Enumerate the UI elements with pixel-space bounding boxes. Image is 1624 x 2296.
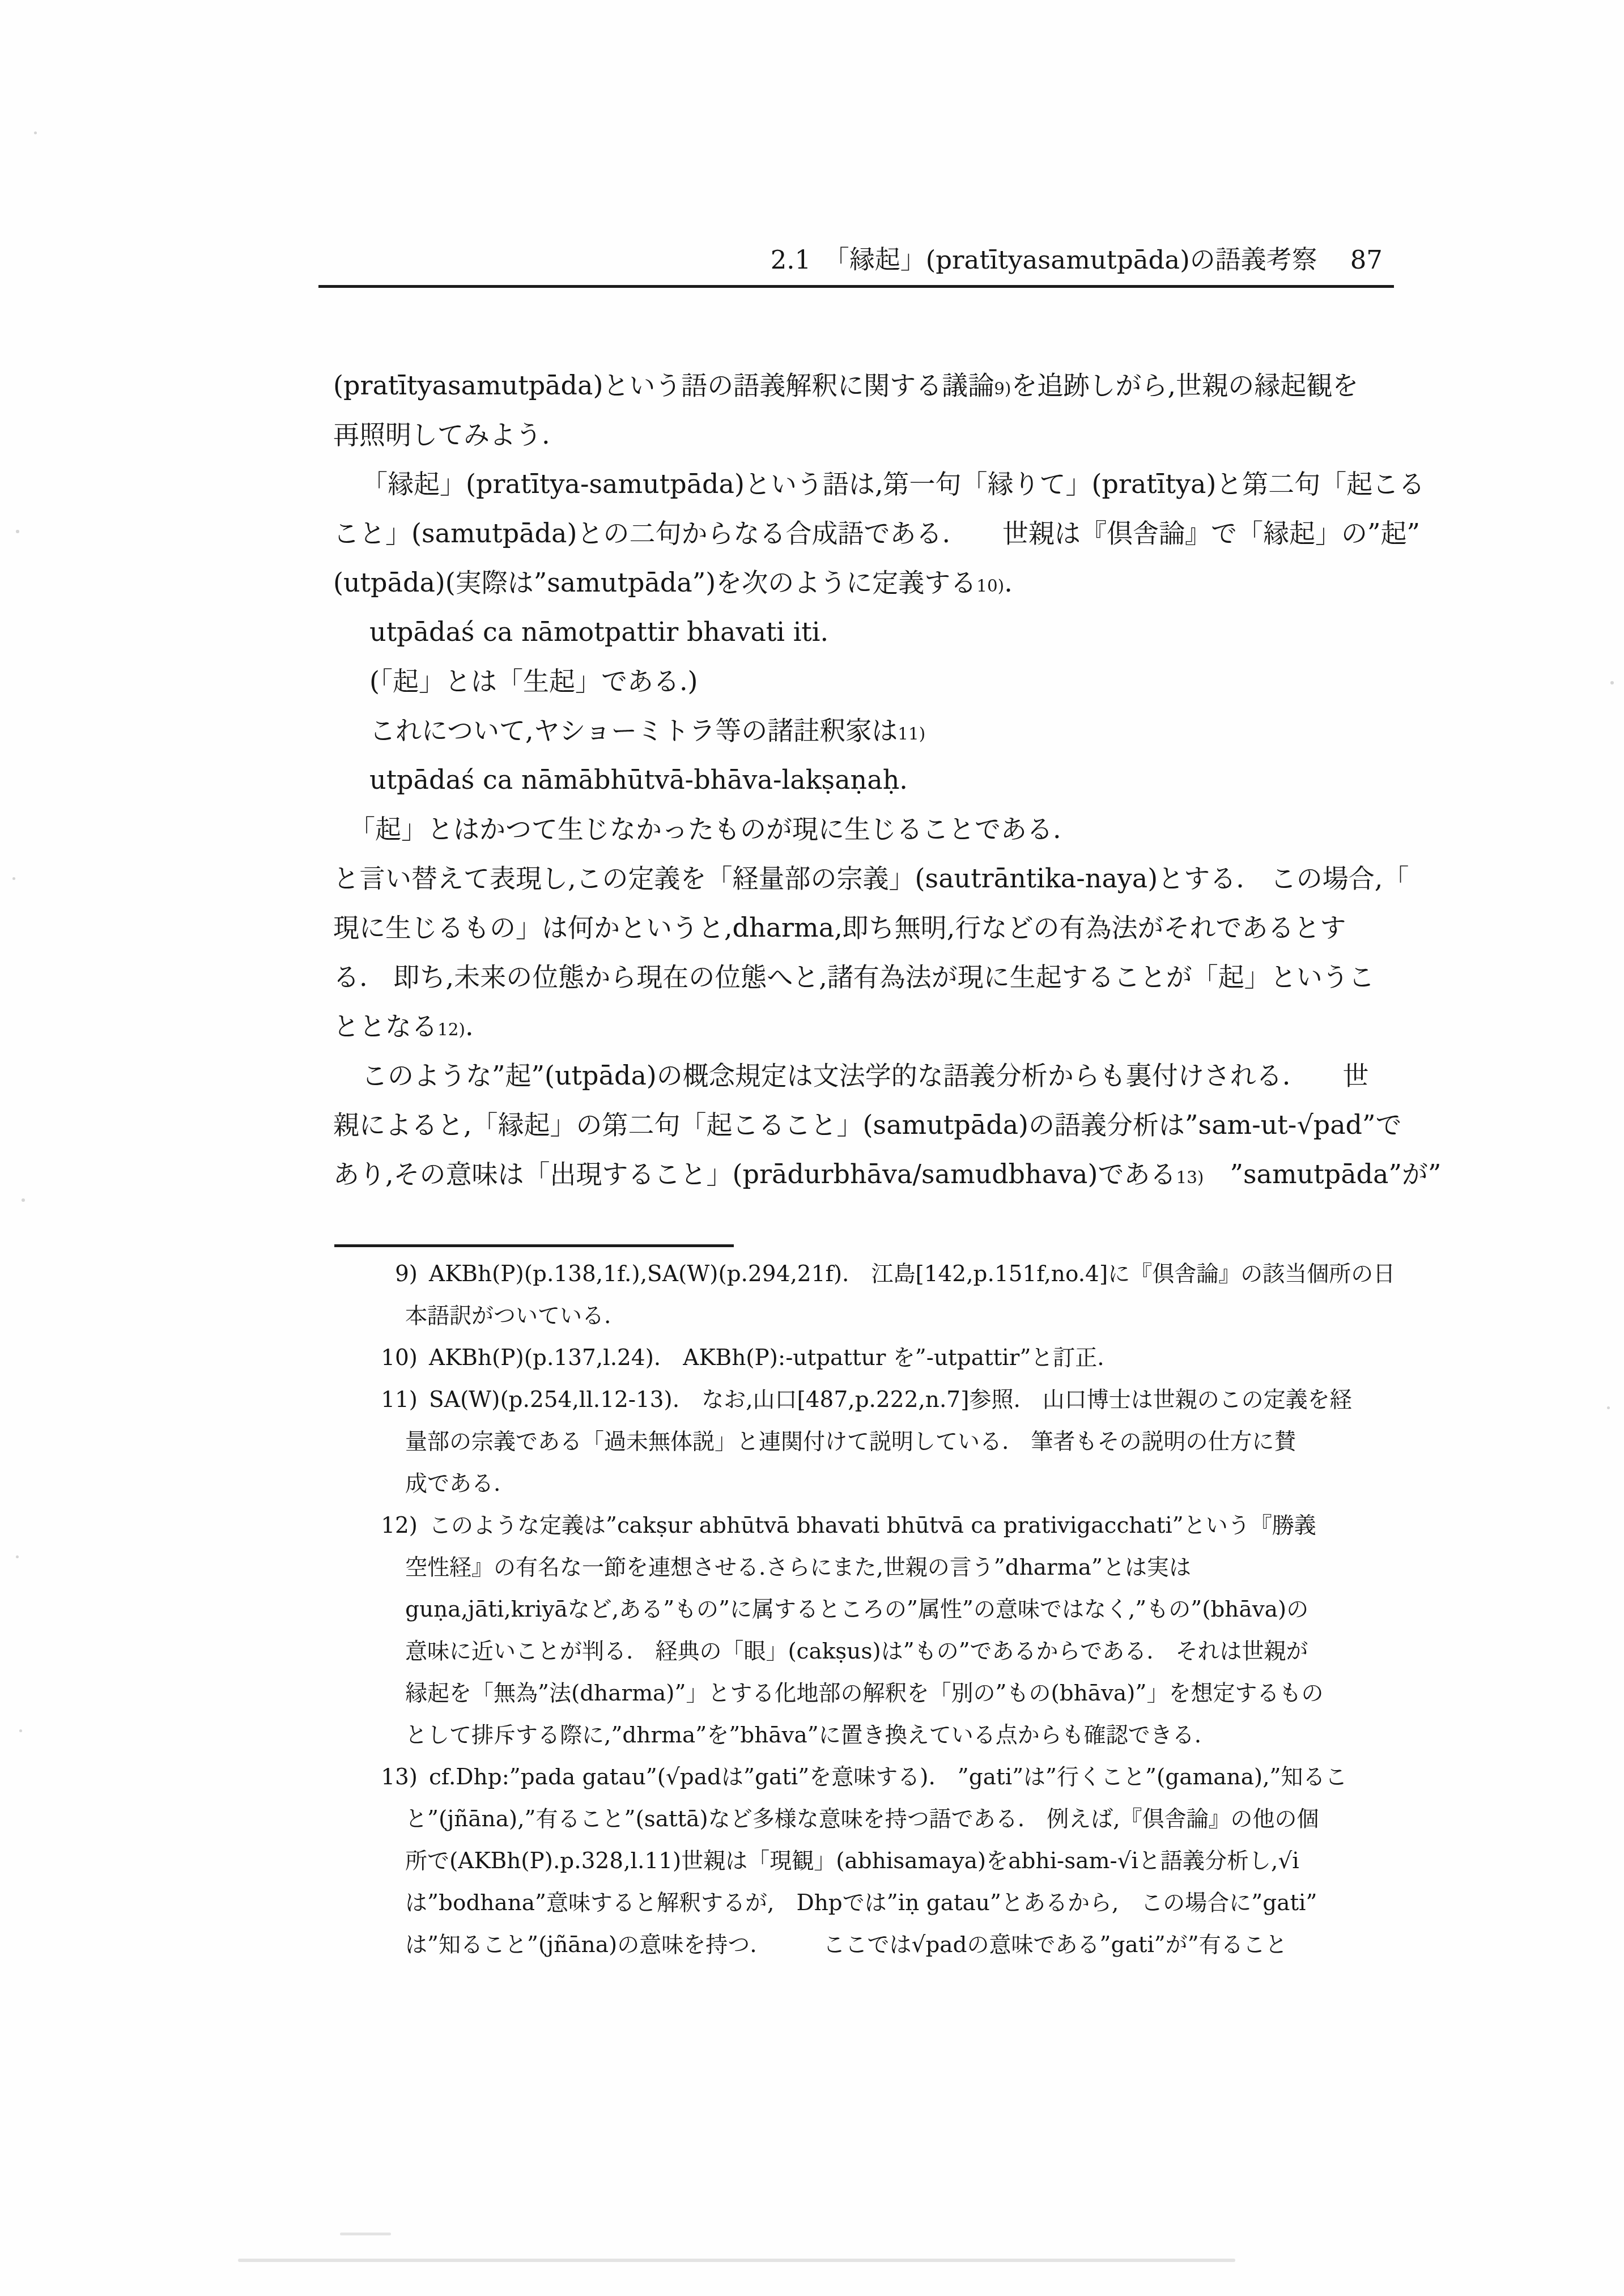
scan-artifact (1610, 681, 1614, 684)
scan-artifact (12, 877, 15, 880)
text-segment: 再照明してみよう. (333, 419, 550, 450)
scan-artifact (19, 1729, 22, 1732)
scanned-page: 2.1 「縁起」(pratītyasamutpāda)の語義考察87 (prat… (0, 0, 1624, 2296)
text-line: これについて,ヤショーミトラ等の諸註釈家は11) (333, 706, 1392, 755)
footnote-number: 12) (365, 1505, 429, 1547)
text-line: 所で(AKBh(P).p.328,l.11)世親は「現観」(abhisamaya… (365, 1840, 1391, 1882)
footnote-reference-marker: 13) (1176, 1168, 1204, 1187)
text-segment: こと」(samutpāda)との二句からなる合成語である. 世親は『倶舎論』で「… (333, 518, 1420, 549)
footnotes-block: 9)AKBh(P)(p.138,1f.),SA(W)(p.294,21f). 江… (365, 1253, 1391, 1966)
text-segment: これについて,ヤショーミトラ等の諸註釈家は (369, 715, 898, 746)
footnote-number: 10) (365, 1337, 429, 1379)
footnote-separator (334, 1244, 734, 1247)
text-segment: 「起」とはかつて生じなかったものが現に生じることである. (349, 814, 1061, 844)
text-segment: 「縁起」(pratītya-samutpāda)という語は,第一句「縁りて」(p… (362, 469, 1425, 499)
text-line: 意味に近いことが判る. 経典の「眼」(cakṣus)は”もの”であるからである.… (365, 1631, 1391, 1673)
scan-artifact (34, 131, 37, 134)
text-segment: 意味に近いことが判る. 経典の「眼」(cakṣus)は”もの”であるからである.… (405, 1639, 1308, 1664)
text-line: る. 即ち,未来の位態から現在の位態へと,諸有為法が現に生起することが「起」とい… (333, 953, 1392, 1002)
text-segment: は”bodhana”意味すると解釈するが, Dhpでは”iṇ gatau”とある… (405, 1890, 1317, 1916)
text-line: 再照明してみよう. (333, 410, 1392, 460)
text-line: 「縁起」(pratītya-samutpāda)という語は,第一句「縁りて」(p… (333, 460, 1392, 509)
text-segment: AKBh(P)(p.137,l.24). AKBh(P):-utpattur を… (429, 1345, 1104, 1371)
text-segment: SA(W)(p.254,ll.12-13). なお,山口[487,p.222,n… (429, 1387, 1352, 1413)
text-line: 現に生じるもの」は何かというと,dharma,即ち無明,行などの有為法がそれであ… (333, 903, 1392, 953)
text-segment: る. 即ち,未来の位態から現在の位態へと,諸有為法が現に生起することが「起」とい… (333, 962, 1375, 992)
text-segment: (pratītyasamutpāda)という語の語義解釈に関する議論 (333, 370, 994, 401)
text-line: 量部の宗義である「過未無体説」と連関付けて説明している. 筆者もその説明の仕方に… (365, 1421, 1391, 1463)
footnote-number: 11) (365, 1379, 429, 1421)
section-title: 2.1 「縁起」(pratītyasamutpāda)の語義考察 (771, 245, 1317, 275)
text-line: 本語訳がついている. (365, 1295, 1391, 1337)
text-line: として排斥する際に,”dhrma”を”bhāva”に置き換えている点からも確認で… (365, 1715, 1391, 1757)
scan-artifact (16, 1555, 19, 1558)
main-body-text: (pratītyasamutpāda)という語の語義解釈に関する議論9)を追跡し… (333, 361, 1392, 1199)
footnote-reference-marker: 10) (976, 576, 1004, 596)
text-line: utpādaś ca nāmotpattir bhavati iti. (333, 607, 1392, 657)
text-line: 「起」とはかつて生じなかったものが現に生じることである. (333, 805, 1392, 854)
text-segment: 量部の宗義である「過未無体説」と連関付けて説明している. 筆者もその説明の仕方に… (405, 1429, 1296, 1455)
text-line: utpādaś ca nāmābhūtvā-bhāva-lakṣaṇaḥ. (333, 755, 1392, 805)
footnote-line: 11)SA(W)(p.254,ll.12-13). なお,山口[487,p.22… (365, 1379, 1391, 1421)
text-line: は”bodhana”意味すると解釈するが, Dhpでは”iṇ gatau”とある… (365, 1882, 1391, 1924)
footnote-line: 10)AKBh(P)(p.137,l.24). AKBh(P):-utpattu… (365, 1337, 1391, 1379)
page-number: 87 (1350, 245, 1383, 275)
running-head: 2.1 「縁起」(pratītyasamutpāda)の語義考察87 (317, 243, 1383, 278)
text-segment: guṇa,jāti,kriyāなど,ある”もの”に属するところの”属性”の意味で… (405, 1597, 1308, 1622)
text-segment: 親によると,「縁起」の第二句「起こること」(samutpāda)の語義分析は”s… (333, 1109, 1402, 1140)
footnote-line: 12)このような定義は”cakṣur abhūtvā bhavati bhūtv… (365, 1505, 1391, 1547)
text-line: (pratītyasamutpāda)という語の語義解釈に関する議論9)を追跡し… (333, 361, 1392, 410)
text-segment: . (465, 1011, 474, 1041)
text-segment: を追跡しがら,世親の縁起観を (1011, 370, 1359, 401)
scan-artifact (1607, 1406, 1610, 1409)
text-segment: と言い替えて表現し,この定義を「経量部の宗義」(sautrāntika-naya… (333, 863, 1409, 894)
text-segment: 縁起を「無為”法(dharma)”」とする化地部の解釈を「別の”もの(bhāva… (405, 1681, 1323, 1706)
text-line: は”知ること”(jñāna)の意味を持つ. ここでは√padの意味である”gat… (365, 1924, 1391, 1966)
text-line: 空性経』の有名な一節を連想させる.さらにまた,世親の言う”dharma”とは実は (365, 1547, 1391, 1589)
text-line: 縁起を「無為”法(dharma)”」とする化地部の解釈を「別の”もの(bhāva… (365, 1673, 1391, 1715)
text-line: こと」(samutpāda)との二句からなる合成語である. 世親は『倶舎論』で「… (333, 509, 1392, 558)
text-line: 成である. (365, 1463, 1391, 1505)
text-line: このような”起”(utpāda)の概念規定は文法学的な語義分析からも裏付けされる… (333, 1051, 1392, 1100)
text-segment: utpādaś ca nāmābhūtvā-bhāva-lakṣaṇaḥ. (369, 764, 908, 795)
footnote-number: 13) (365, 1757, 429, 1798)
text-line: と言い替えて表現し,この定義を「経量部の宗義」(sautrāntika-naya… (333, 854, 1392, 903)
text-segment: として排斥する際に,”dhrma”を”bhāva”に置き換えている点からも確認で… (405, 1723, 1201, 1748)
text-segment: ととなる (333, 1011, 437, 1041)
text-segment: utpādaś ca nāmotpattir bhavati iti. (369, 616, 828, 647)
text-segment: あり,その意味は「出現すること」(prādurbhāva/samudbhava)… (333, 1159, 1176, 1189)
text-segment: AKBh(P)(p.138,1f.),SA(W)(p.294,21f). 江島[… (429, 1261, 1395, 1287)
text-line: (「起」とは「生起」である.) (333, 657, 1392, 706)
text-segment: 成である. (405, 1471, 500, 1496)
text-line: と”(jñāna),”有ること”(sattā)など多様な意味を持つ語である. 例… (365, 1798, 1391, 1840)
scan-artifact (340, 2233, 391, 2235)
text-segment: 所で(AKBh(P).p.328,l.11)世親は「現観」(abhisamaya… (405, 1848, 1299, 1874)
text-segment: (「起」とは「生起」である.) (369, 666, 698, 696)
footnote-number: 9) (365, 1253, 429, 1295)
text-segment: 現に生じるもの」は何かというと,dharma,即ち無明,行などの有為法がそれであ… (333, 912, 1346, 943)
text-segment: 本語訳がついている. (405, 1303, 611, 1329)
scan-artifact (238, 2259, 1235, 2262)
text-line: ととなる12). (333, 1002, 1392, 1051)
text-segment: . (1004, 567, 1013, 598)
footnote-reference-marker: 12) (437, 1020, 465, 1039)
footnote-line: 9)AKBh(P)(p.138,1f.),SA(W)(p.294,21f). 江… (365, 1253, 1391, 1295)
scan-artifact (22, 1198, 25, 1202)
text-segment: と”(jñāna),”有ること”(sattā)など多様な意味を持つ語である. 例… (405, 1806, 1319, 1832)
text-line: (utpāda)(実際は”samutpāda”)を次のように定義する10). (333, 558, 1392, 607)
text-segment: このような定義は”cakṣur abhūtvā bhavati bhūtvā c… (429, 1513, 1316, 1538)
text-segment: 空性経』の有名な一節を連想させる.さらにまた,世親の言う”dharma”とは実は (405, 1555, 1191, 1580)
text-segment: (utpāda)(実際は”samutpāda”)を次のように定義する (333, 567, 976, 598)
footnote-reference-marker: 9) (994, 379, 1011, 398)
text-segment: このような”起”(utpāda)の概念規定は文法学的な語義分析からも裏付けされる… (362, 1060, 1368, 1091)
text-line: 親によると,「縁起」の第二句「起こること」(samutpāda)の語義分析は”s… (333, 1100, 1392, 1150)
text-segment: は”知ること”(jñāna)の意味を持つ. ここでは√padの意味である”gat… (405, 1932, 1287, 1958)
text-segment: cf.Dhp:”pada gatau”(√padは”gati”を意味する). ”… (429, 1764, 1347, 1790)
text-line: guṇa,jāti,kriyāなど,ある”もの”に属するところの”属性”の意味で… (365, 1589, 1391, 1631)
scan-artifact (16, 530, 19, 533)
text-line: あり,その意味は「出現すること」(prādurbhāva/samudbhava)… (333, 1150, 1392, 1199)
header-rule (318, 285, 1394, 288)
footnote-reference-marker: 11) (898, 724, 925, 743)
text-segment: ”samutpāda”が” (1204, 1159, 1441, 1189)
footnote-line: 13)cf.Dhp:”pada gatau”(√padは”gati”を意味する)… (365, 1757, 1391, 1798)
